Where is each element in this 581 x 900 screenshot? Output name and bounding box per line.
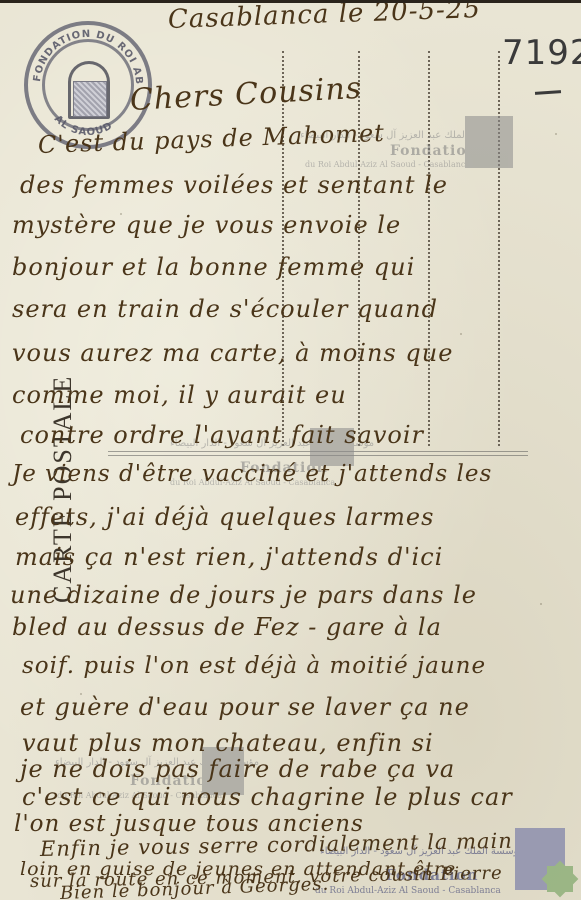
letter-line: bled au dessus de Fez - gare à la — [12, 613, 442, 641]
printed-rule — [108, 451, 528, 452]
letter-line: Je viens d'être vacciné et j'attends les — [12, 461, 492, 487]
letter-line: je ne dois pas faire de rabe ça va — [20, 755, 455, 783]
letter-line: vaut plus mon chateau, enfin si — [22, 729, 434, 757]
printed-rule — [108, 455, 528, 456]
paper-speck — [540, 603, 542, 605]
address-divider-line — [498, 51, 500, 446]
watermark-logo-icon — [515, 828, 565, 890]
postcard: FONDATION DU ROI ABDUL-AZIZ AL SAOUD 719… — [0, 0, 581, 900]
letter-line: mais ça n'est rien, j'attends d'ici — [15, 543, 443, 571]
watermark-subtitle: du Roi Abdul-Aziz Al Saoud - Casablanca — [305, 160, 470, 169]
watermark-logo-icon — [465, 116, 513, 168]
archive-number: 7192 — [502, 33, 581, 73]
letter-place-date: Casablanca le 20-5-25 — [167, 0, 481, 35]
letter-line: des femmes voilées et sentant le — [20, 171, 448, 199]
paper-speck — [555, 133, 557, 135]
paper-speck — [460, 333, 462, 335]
address-divider-line — [358, 51, 360, 446]
letter-line: sera en train de s'écouler quand — [12, 295, 438, 323]
letter-line: effets, j'ai déjà quelques larmes — [15, 503, 434, 531]
letter-line: mystère que je vous envoie le — [12, 211, 401, 239]
letter-line: soif. puis l'on est déjà à moitié jaune — [22, 653, 486, 679]
watermark-star-icon — [547, 866, 573, 892]
watermark-star-icon — [542, 861, 579, 898]
watermark-subtitle: du Roi Abdul-Aziz Al Saoud - Casablanca — [315, 886, 501, 896]
archive-number-underline — [535, 90, 561, 95]
letter-salutation: Chers Cousins — [129, 71, 363, 118]
letter-line: vous aurez ma carte, à moins que — [12, 339, 453, 367]
letter-line: c'est ce qui nous chagrine le plus car — [22, 783, 513, 811]
letter-line: une dizaine de jours je pars dans le — [10, 581, 477, 609]
letter-line: comme moi, il y aurait eu — [12, 381, 347, 409]
letter-line: contre ordre l'ayant fait savoir — [20, 421, 424, 449]
address-divider-line — [428, 51, 430, 446]
letter-line: et guère d'eau pour se laver ça ne — [20, 693, 470, 721]
svg-text:FONDATION DU ROI ABDUL-AZIZ: FONDATION DU ROI ABDUL-AZIZ — [28, 25, 144, 85]
watermark-title: Fondation — [390, 143, 478, 159]
letter-line: bonjour et la bonne femme qui — [12, 253, 415, 281]
